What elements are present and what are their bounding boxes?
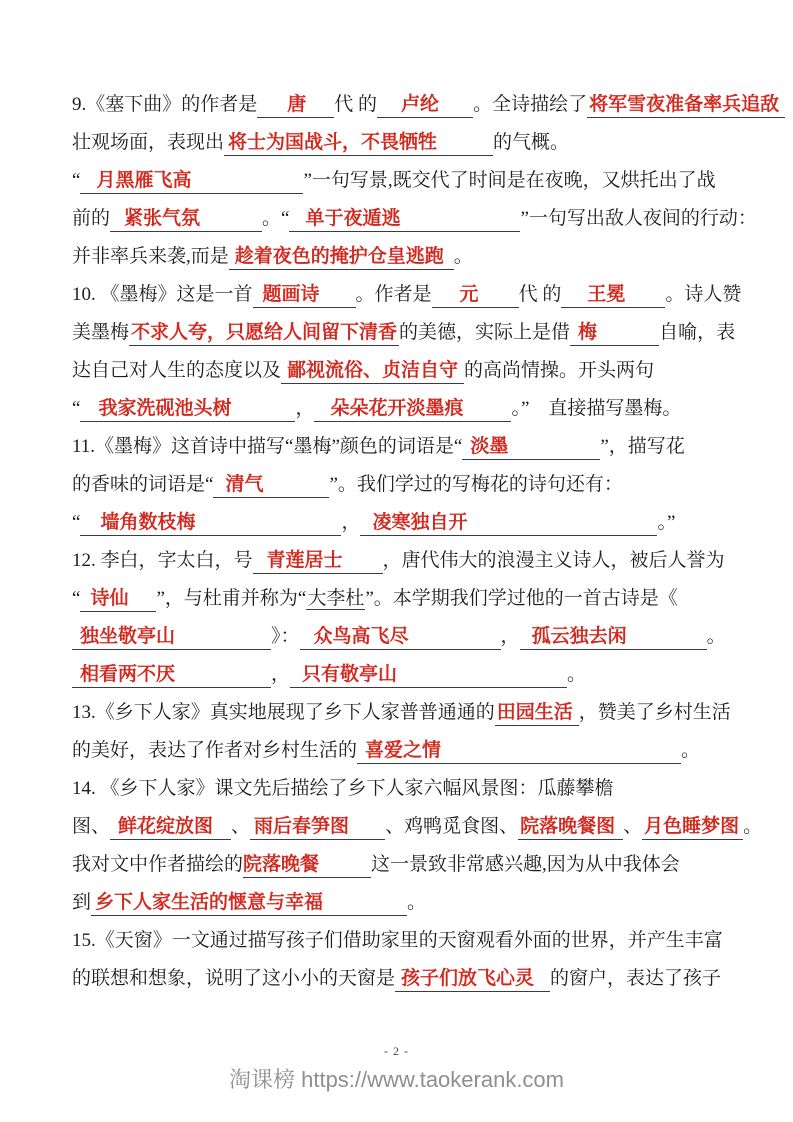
text-run: 。全诗描绘了 bbox=[473, 94, 587, 115]
text-line: “我家洗砚池头树，朵朵花开淡墨痕。” 直接描写墨梅。 bbox=[72, 390, 732, 428]
answer-blank: 凌寒独自开 bbox=[360, 510, 657, 536]
answer-blank: 鲜花绽放图 bbox=[110, 814, 231, 840]
text-run: ”一句写出敌人夜间的行动： bbox=[520, 208, 756, 229]
answer-blank: 将士为国战斗，不畏牺牲 bbox=[224, 130, 493, 156]
text-run: 13.《乡下人家》真实地展现了乡下人家普普通通的 bbox=[72, 702, 495, 723]
text-run: 这一景致非常感兴趣,因为从中我体会 bbox=[371, 854, 680, 875]
text-line: 壮观场面，表现出将士为国战斗，不畏牺牲的气概。 bbox=[72, 124, 732, 162]
text-line: 并非率兵来袭,而是趁着夜色的掩护仓皇逃跑。 bbox=[72, 238, 732, 276]
text-line: 12. 李白，字太白，号青莲居士，唐代伟大的浪漫主义诗人，被后人誉为 bbox=[72, 542, 732, 580]
text-run: 。” bbox=[657, 512, 675, 533]
text-run: 图、 bbox=[72, 816, 110, 837]
text-run: 。诗人赞 bbox=[665, 284, 741, 305]
answer-blank: 朵朵花开淡墨痕 bbox=[314, 396, 511, 422]
text-run: “ bbox=[72, 398, 80, 419]
text-run: 代 的 bbox=[334, 94, 377, 115]
text-run: 壮观场面，表现出 bbox=[72, 132, 224, 153]
answer-blank: 题画诗 bbox=[253, 282, 356, 308]
text-run: “ bbox=[72, 170, 80, 191]
answer-blank: 紧张气氛 bbox=[110, 206, 262, 232]
text-run: 的气概。 bbox=[493, 132, 569, 153]
answer-blank: 墙角数枝梅 bbox=[80, 510, 341, 536]
text-run: “ bbox=[72, 512, 80, 533]
text-run: 。 bbox=[681, 740, 700, 761]
text-run: ”一句写景,既交代了时间是在夜晚，又烘托出了战 bbox=[303, 170, 715, 191]
worksheet-body: 9.《塞下曲》的作者是唐代 的卢纶。全诗描绘了将军雪夜准备率兵追敌壮观场面，表现… bbox=[72, 86, 732, 998]
text-run: ”，描写花 bbox=[600, 436, 684, 457]
text-run: ，唐代伟大的浪漫主义诗人，被后人誉为 bbox=[383, 550, 725, 571]
text-line: “墙角数枝梅，凌寒独自开。” bbox=[72, 504, 732, 542]
text-run: 12. 李白，字太白，号 bbox=[72, 550, 253, 571]
document-page: 9.《塞下曲》的作者是唐代 的卢纶。全诗描绘了将军雪夜准备率兵追敌壮观场面，表现… bbox=[0, 0, 793, 1122]
answer-blank: 将军雪夜准备率兵追敌 bbox=[587, 92, 785, 118]
text-line: 达自己对人生的态度以及鄙视流俗、贞洁自守的高尚情操。开头两句 bbox=[72, 352, 732, 390]
text-line: 我对文中作者描绘的院落晚餐这一景致非常感兴趣,因为从中我体会 bbox=[72, 846, 732, 884]
text-line: 15.《天窗》一文通过描写孩子们借助家里的天窗观看外面的世界，并产生丰富 bbox=[72, 922, 732, 960]
answer-blank: 我家洗砚池头树 bbox=[80, 396, 295, 422]
text-run: ”，与杜甫并称为“ bbox=[156, 588, 306, 609]
text-line: 的联想和想象，说明了这小小的天窗是孩子们放飞心灵的窗户，表达了孩子 bbox=[72, 960, 732, 998]
text-run: 、 bbox=[231, 816, 250, 837]
text-run: 。“ bbox=[262, 208, 289, 229]
text-line: 11.《墨梅》这首诗中描写“墨梅”颜色的词语是“淡墨”，描写花 bbox=[72, 428, 732, 466]
text-line: 到乡下人家生活的惬意与幸福。 bbox=[72, 884, 732, 922]
text-run: 前的 bbox=[72, 208, 110, 229]
answer-blank: 卢纶 bbox=[377, 92, 473, 118]
answer-blank: 鄙视流俗、贞洁自守 bbox=[281, 358, 464, 384]
answer-blank: 喜爱之情 bbox=[357, 738, 681, 764]
text-run: 代 的 bbox=[519, 284, 562, 305]
text-run: 的美好，表达了作者对乡村生活的 bbox=[72, 740, 357, 761]
underlined-term: 大李杜 bbox=[306, 588, 365, 610]
text-line: 14. 《乡下人家》课文先后描绘了乡下人家六幅风景图：瓜藤攀檐 bbox=[72, 770, 732, 808]
answer-blank: 诗仙 bbox=[80, 586, 156, 612]
answer-blank: 唐 bbox=[257, 92, 334, 118]
answer-blank: 王冕 bbox=[561, 282, 665, 308]
answer-blank: 只有敬亭山 bbox=[290, 662, 567, 688]
text-run: ， bbox=[501, 626, 520, 647]
text-run: 的联想和想象，说明了这小小的天窗是 bbox=[72, 968, 395, 989]
text-line: 独坐敬亭山》：众鸟高飞尽，孤云独去闲。 bbox=[72, 618, 732, 656]
text-line: 13.《乡下人家》真实地展现了乡下人家普普通通的田园生活，赞美了乡村生活 bbox=[72, 694, 732, 732]
text-run: 的窗户，表达了孩子 bbox=[550, 968, 721, 989]
answer-blank: 田园生活 bbox=[495, 700, 579, 726]
text-run: 9.《塞下曲》的作者是 bbox=[72, 94, 257, 115]
text-line: 的香味的词语是“清气”。我们学过的写梅花的诗句还有： bbox=[72, 466, 732, 504]
answer-blank: 元 bbox=[432, 282, 519, 308]
page-number: - 2 - bbox=[0, 1044, 793, 1059]
text-line: “诗仙”，与杜甫并称为“大李杜”。本学期我们学过他的一首古诗是《 bbox=[72, 580, 732, 618]
text-run: “ bbox=[72, 588, 80, 609]
text-run: 的香味的词语是“ bbox=[72, 474, 213, 495]
answer-blank: 乡下人家生活的惬意与幸福 bbox=[91, 890, 407, 916]
answer-blank: 青莲居士 bbox=[253, 548, 383, 574]
text-line: 9.《塞下曲》的作者是唐代 的卢纶。全诗描绘了将军雪夜准备率兵追敌 bbox=[72, 86, 732, 124]
text-line: 图、鲜花绽放图、雨后春笋图、鸡鸭觅食图、院落晚餐图、月色睡梦图。 bbox=[72, 808, 732, 846]
answer-blank: 独坐敬亭山 bbox=[72, 624, 271, 650]
answer-blank: 众鸟高飞尽 bbox=[300, 624, 501, 650]
answer-blank: 相看两不厌 bbox=[72, 662, 271, 688]
answer-blank: 清气 bbox=[213, 472, 329, 498]
answer-blank: 单于夜遁逃 bbox=[289, 206, 520, 232]
text-line: “月黑雁飞高”一句写景,既交代了时间是在夜晚，又烘托出了战 bbox=[72, 162, 732, 200]
text-run: 10. 《墨梅》这是一首 bbox=[72, 284, 253, 305]
text-run: 美墨梅 bbox=[72, 322, 129, 343]
text-run: 。” 直接描写墨梅。 bbox=[511, 398, 681, 419]
text-run: 到 bbox=[72, 892, 91, 913]
answer-blank: 孩子们放飞心灵 bbox=[395, 966, 550, 992]
answer-blank: 雨后春笋图 bbox=[250, 814, 385, 840]
text-run: 。作者是 bbox=[356, 284, 432, 305]
answer-blank: 淡墨 bbox=[462, 434, 600, 460]
text-run: 。 bbox=[407, 892, 426, 913]
text-run: ， bbox=[341, 512, 360, 533]
text-run: 。 bbox=[743, 816, 762, 837]
answer-blank: 院落晚餐图 bbox=[518, 814, 623, 840]
text-run: 》： bbox=[271, 626, 300, 647]
text-line: 10. 《墨梅》这是一首题画诗。作者是元代 的王冕。诗人赞 bbox=[72, 276, 732, 314]
text-run: 我对文中作者描绘的 bbox=[72, 854, 243, 875]
text-run: 。 bbox=[454, 246, 473, 267]
text-run: 的高尚情操。开头两句 bbox=[464, 360, 654, 381]
text-run: ”。我们学过的写梅花的诗句还有： bbox=[329, 474, 622, 495]
text-line: 相看两不厌，只有敬亭山。 bbox=[72, 656, 732, 694]
answer-blank: 月黑雁飞高 bbox=[80, 168, 303, 194]
answer-blank: 梅 bbox=[570, 320, 659, 346]
text-run: ，赞美了乡村生活 bbox=[579, 702, 731, 723]
text-run: ， bbox=[295, 398, 314, 419]
text-run: 并非率兵来袭,而是 bbox=[72, 246, 229, 267]
text-run: 自喻，表 bbox=[659, 322, 735, 343]
text-run: 15.《天窗》一文通过描写孩子们借助家里的天窗观看外面的世界，并产生丰富 bbox=[72, 930, 723, 951]
text-run: 。 bbox=[707, 626, 726, 647]
text-line: 前的紧张气氛。“单于夜遁逃”一句写出敌人夜间的行动： bbox=[72, 200, 732, 238]
text-run: ， bbox=[271, 664, 290, 685]
text-run: 。 bbox=[567, 664, 586, 685]
answer-blank: 不求人夸，只愿给人间留下清香 bbox=[129, 320, 399, 346]
text-run: 11.《墨梅》这首诗中描写“墨梅”颜色的词语是“ bbox=[72, 436, 462, 457]
text-run: 达自己对人生的态度以及 bbox=[72, 360, 281, 381]
text-line: 的美好，表达了作者对乡村生活的喜爱之情。 bbox=[72, 732, 732, 770]
answer-blank: 月色睡梦图 bbox=[642, 814, 743, 840]
answer-blank: 院落晚餐 bbox=[243, 852, 371, 878]
text-run: 的美德，实际上是借 bbox=[399, 322, 570, 343]
text-run: 、鸡鸭觅食图、 bbox=[385, 816, 518, 837]
text-run: 14. 《乡下人家》课文先后描绘了乡下人家六幅风景图：瓜藤攀檐 bbox=[72, 778, 614, 799]
text-line: 美墨梅不求人夸，只愿给人间留下清香的美德，实际上是借梅自喻，表 bbox=[72, 314, 732, 352]
text-run: 、 bbox=[623, 816, 642, 837]
watermark-site-link: 淘课榜 https://www.taokerank.com bbox=[0, 1063, 793, 1094]
answer-blank: 趁着夜色的掩护仓皇逃跑 bbox=[229, 244, 454, 270]
answer-blank: 孤云独去闲 bbox=[520, 624, 707, 650]
text-run: ”。本学期我们学过他的一首古诗是《 bbox=[365, 588, 677, 609]
